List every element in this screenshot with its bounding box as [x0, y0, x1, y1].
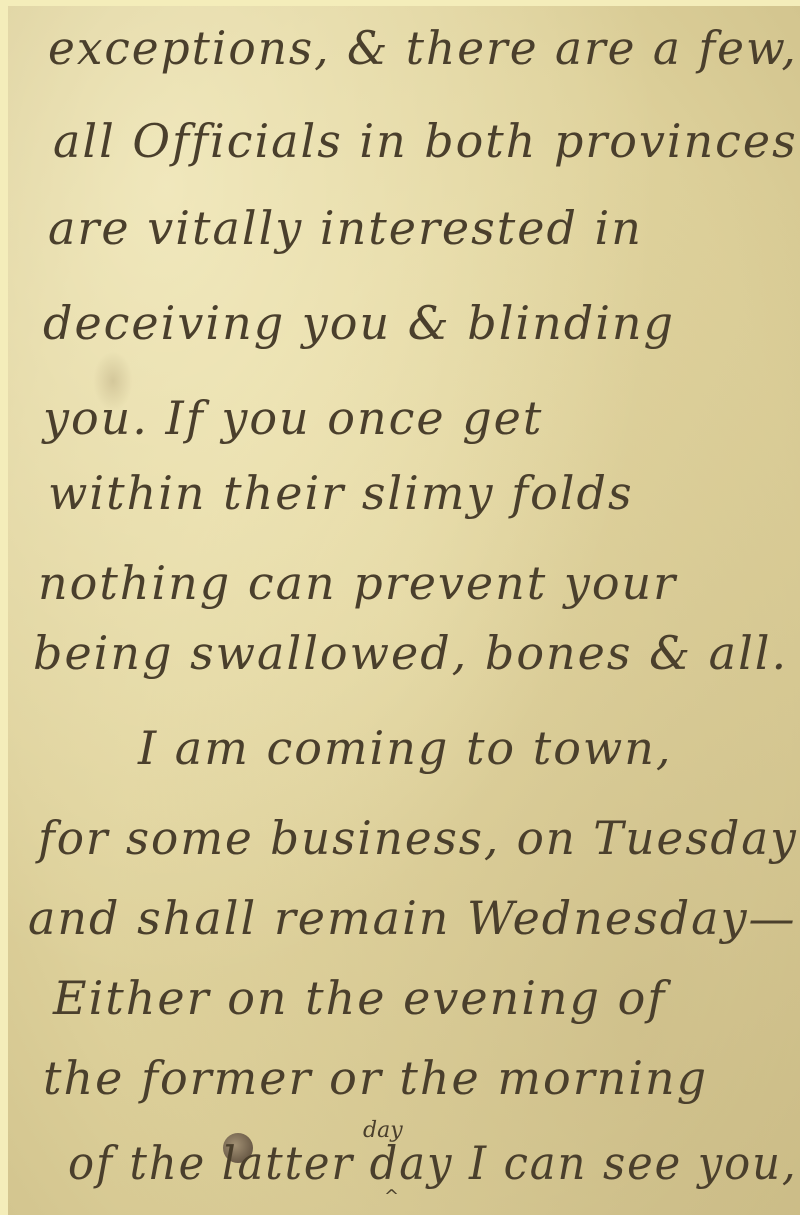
- letter-line-9: I am coming to town,: [138, 721, 673, 775]
- letter-line-4: deceiving you & blinding: [43, 296, 675, 350]
- letter-line-7: nothing can prevent your: [38, 556, 677, 610]
- letter-page: exceptions, & there are a few, all Offic…: [0, 0, 800, 1215]
- letter-line-8: being swallowed, bones & all.: [33, 626, 788, 680]
- interlinear-insertion: day: [363, 1118, 403, 1143]
- letter-line-13: the former or the morning: [43, 1051, 708, 1105]
- letter-line-10: for some business, on Tuesday: [38, 811, 798, 865]
- letter-line-12: Either on the evening of: [53, 971, 666, 1025]
- letter-line-2: all Officials in both provinces: [53, 114, 798, 168]
- letter-line-6: within their slimy folds: [48, 466, 634, 520]
- letter-line-5: you. If you once get: [43, 391, 543, 445]
- letter-line-1: exceptions, & there are a few,: [48, 21, 798, 75]
- letter-line-14: of the latter day I can see you,: [68, 1136, 798, 1190]
- letter-line-11: and shall remain Wednesday—: [28, 891, 797, 945]
- insertion-caret: ^: [384, 1186, 399, 1207]
- letter-line-3: are vitally interested in: [48, 201, 643, 255]
